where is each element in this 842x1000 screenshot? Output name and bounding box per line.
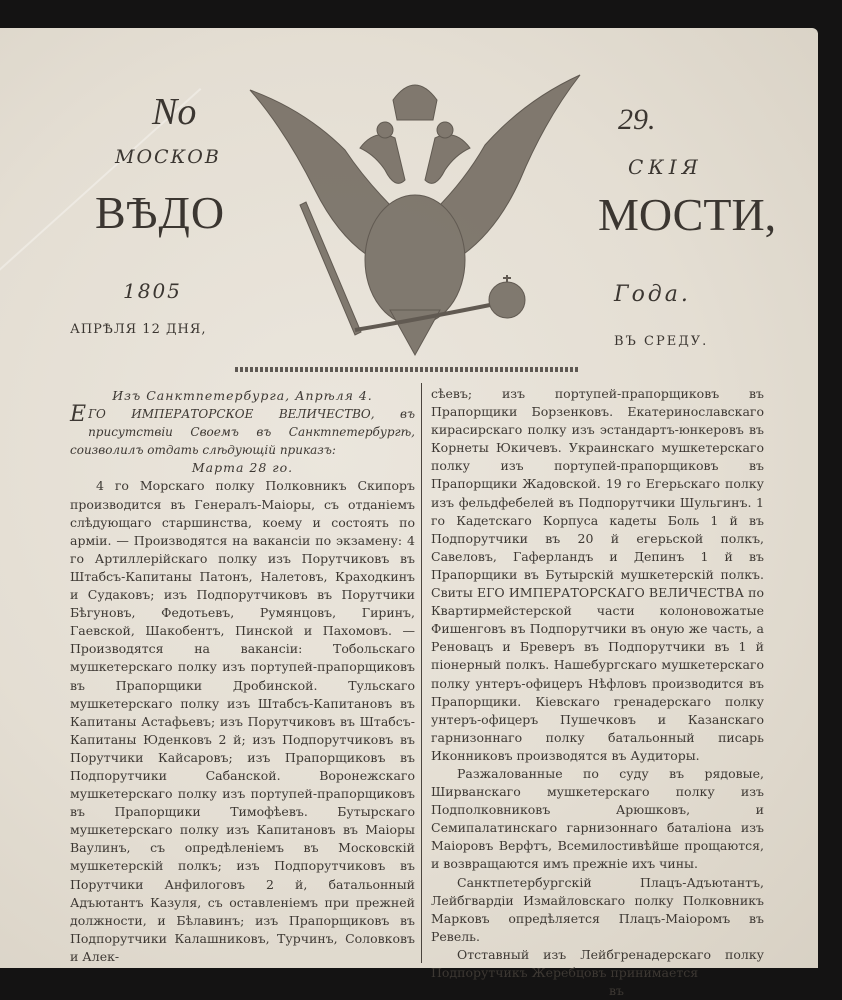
- title-fragment-skiya: СКІЯ: [628, 155, 703, 179]
- paragraph: Санктпетербургскій Плацъ-Адъютантъ, Лейб…: [431, 874, 764, 946]
- drop-initial: Е: [70, 405, 86, 425]
- title-fragment-moskov: МОСКОВ: [115, 146, 221, 168]
- issue-year: 1805: [123, 279, 182, 303]
- decree-date: Марта 28 го.: [70, 459, 415, 477]
- paragraph: сѣевъ; изъ портупей-прапорщиковъ въ Прап…: [431, 385, 764, 765]
- issue-weekday: ВЪ СРЕДУ.: [614, 334, 708, 349]
- double-headed-eagle-icon: [245, 70, 585, 360]
- issue-number: 29.: [618, 103, 656, 137]
- dateline: Изъ Санктпетербурга, Апрѣля 4.: [70, 387, 415, 405]
- ornamental-rule: [235, 367, 580, 372]
- issue-date: АПРѢЛЯ 12 ДНЯ,: [70, 322, 207, 337]
- issue-number-label: No: [152, 90, 196, 134]
- decree-intro-text: ГО ИМПЕРАТОРСКОЕ ВЕЛИЧЕСТВО, въ присутст…: [70, 407, 415, 457]
- column-divider: [421, 383, 422, 963]
- decree-intro: Е ГО ИМПЕРАТОРСКОЕ ВЕЛИЧЕСТВО, въ присут…: [70, 405, 415, 459]
- paragraph: Разжалованные по суду въ рядовые, Ширван…: [431, 765, 764, 874]
- paragraph: Отставный изъ Лейбгренадерскаго полку По…: [431, 946, 764, 982]
- right-column: сѣевъ; изъ портупей-прапорщиковъ въ Прап…: [431, 385, 764, 1000]
- left-column: Изъ Санктпетербурга, Апрѣля 4. Е ГО ИМПЕ…: [70, 387, 415, 966]
- title-fragment-mosti: МОСТИ,: [598, 188, 776, 241]
- catchword: въ: [431, 982, 764, 1000]
- title-fragment-vedo: ВѢДО: [95, 186, 225, 239]
- paragraph: 4 го Морскаго полку Полковникъ Скипоръ п…: [70, 477, 415, 966]
- year-word: Года.: [614, 282, 691, 307]
